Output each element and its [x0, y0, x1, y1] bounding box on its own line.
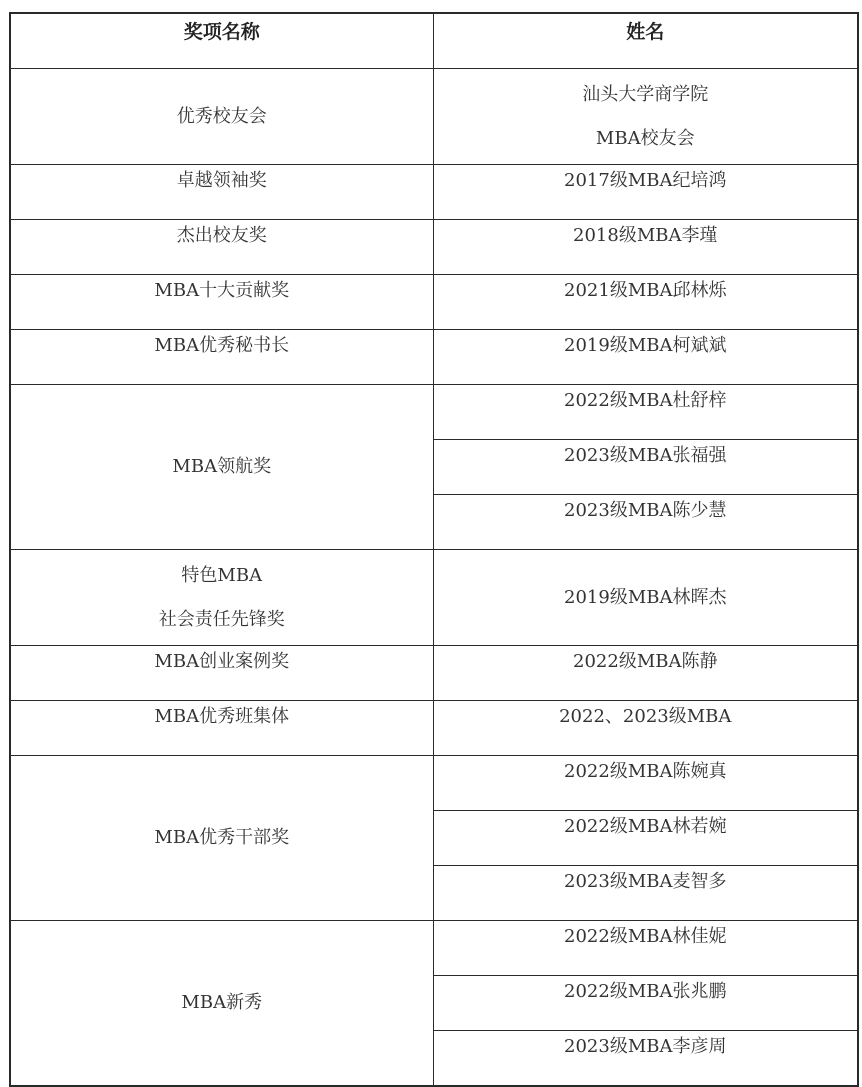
award-label: MBA优秀秘书长 — [11, 334, 433, 358]
recipient-cell: 汕头大学商学院 MBA校友会 — [433, 69, 858, 165]
table-row: MBA创业案例奖 2022级MBA陈静 — [10, 646, 858, 701]
recipient-cell: 2022级MBA陈婉真 — [433, 756, 858, 811]
award-cell: MBA新秀 — [10, 921, 433, 1087]
award-cell: 优秀校友会 — [10, 69, 433, 165]
recipient-cell: 2022级MBA陈静 — [433, 646, 858, 701]
recipient-label: 2019级MBA林晖杰 — [434, 586, 858, 610]
recipient-cell: 2022级MBA林佳妮 — [433, 921, 858, 976]
table-row: MBA优秀班集体 2022、2023级MBA — [10, 701, 858, 756]
recipient-label: 2019级MBA柯斌斌 — [434, 334, 858, 358]
recipient-label: 2022级MBA林佳妮 — [434, 925, 858, 949]
header-row: 奖项名称 姓名 — [10, 13, 858, 69]
recipient-cell: 2018级MBA李瑾 — [433, 220, 858, 275]
award-cell: MBA优秀干部奖 — [10, 756, 433, 921]
header-award-name: 奖项名称 — [10, 13, 433, 69]
table-row: 优秀校友会 汕头大学商学院 MBA校友会 — [10, 69, 858, 165]
recipient-cell: 2017级MBA纪培鸿 — [433, 165, 858, 220]
recipient-cell: 2022级MBA杜舒梓 — [433, 385, 858, 440]
recipient-cell: 2022、2023级MBA — [433, 701, 858, 756]
recipient-label: 2023级MBA麦智多 — [434, 870, 858, 894]
recipient-cell: 2023级MBA张福强 — [433, 440, 858, 495]
recipient-cell: 2019级MBA柯斌斌 — [433, 330, 858, 385]
recipient-label: 2023级MBA李彦周 — [434, 1035, 858, 1059]
recipient-label: 2022级MBA杜舒梓 — [434, 389, 858, 413]
recipient-label: 2022级MBA陈婉真 — [434, 760, 858, 784]
award-cell: MBA十大贡献奖 — [10, 275, 433, 330]
header-recipient-name: 姓名 — [433, 13, 858, 69]
recipient-cell: 2022级MBA张兆鹏 — [433, 976, 858, 1031]
recipient-cell: 2021级MBA邱林烁 — [433, 275, 858, 330]
recipient-label: 2021级MBA邱林烁 — [434, 279, 858, 303]
recipient-label: 2022级MBA林若婉 — [434, 815, 858, 839]
award-label: MBA新秀 — [11, 991, 433, 1015]
recipient-label: 2017级MBA纪培鸿 — [434, 169, 858, 193]
award-cell: 卓越领袖奖 — [10, 165, 433, 220]
award-label: 优秀校友会 — [11, 105, 433, 129]
table-row: MBA优秀干部奖 2022级MBA陈婉真 — [10, 756, 858, 811]
award-label: MBA创业案例奖 — [11, 650, 433, 674]
recipient-cell: 2022级MBA林若婉 — [433, 811, 858, 866]
recipient-label: 2022级MBA陈静 — [434, 650, 858, 674]
recipient-label: 汕头大学商学院 — [434, 83, 858, 107]
recipient-cell: 2023级MBA李彦周 — [433, 1031, 858, 1087]
award-cell: 特色MBA 社会责任先锋奖 — [10, 550, 433, 646]
award-cell: MBA优秀班集体 — [10, 701, 433, 756]
award-label: 卓越领袖奖 — [11, 169, 433, 193]
recipient-cell: 2019级MBA林晖杰 — [433, 550, 858, 646]
award-cell: MBA优秀秘书长 — [10, 330, 433, 385]
award-label: MBA领航奖 — [11, 455, 433, 479]
award-label: 特色MBA — [11, 564, 433, 588]
recipient-label: MBA校友会 — [434, 127, 858, 151]
table-row: 卓越领袖奖 2017级MBA纪培鸿 — [10, 165, 858, 220]
award-label: MBA十大贡献奖 — [11, 279, 433, 303]
award-table: 奖项名称 姓名 优秀校友会 汕头大学商学院 MBA校友会 卓越领袖奖 2017级… — [9, 12, 859, 1087]
recipient-label: 2023级MBA陈少慧 — [434, 499, 858, 523]
award-label: 杰出校友奖 — [11, 224, 433, 248]
table-row: MBA优秀秘书长 2019级MBA柯斌斌 — [10, 330, 858, 385]
recipient-label: 2022级MBA张兆鹏 — [434, 980, 858, 1004]
table-row: MBA十大贡献奖 2021级MBA邱林烁 — [10, 275, 858, 330]
recipient-cell: 2023级MBA陈少慧 — [433, 495, 858, 550]
table-row: MBA领航奖 2022级MBA杜舒梓 — [10, 385, 858, 440]
recipient-label: 2018级MBA李瑾 — [434, 224, 858, 248]
table-row: 特色MBA 社会责任先锋奖 2019级MBA林晖杰 — [10, 550, 858, 646]
award-label: MBA优秀班集体 — [11, 705, 433, 729]
award-cell: 杰出校友奖 — [10, 220, 433, 275]
table-row: MBA新秀 2022级MBA林佳妮 — [10, 921, 858, 976]
award-label: MBA优秀干部奖 — [11, 826, 433, 850]
recipient-label: 2023级MBA张福强 — [434, 444, 858, 468]
award-cell: MBA创业案例奖 — [10, 646, 433, 701]
recipient-cell: 2023级MBA麦智多 — [433, 866, 858, 921]
award-cell: MBA领航奖 — [10, 385, 433, 550]
table-row: 杰出校友奖 2018级MBA李瑾 — [10, 220, 858, 275]
recipient-label: 2022、2023级MBA — [434, 705, 858, 729]
award-label: 社会责任先锋奖 — [11, 608, 433, 632]
